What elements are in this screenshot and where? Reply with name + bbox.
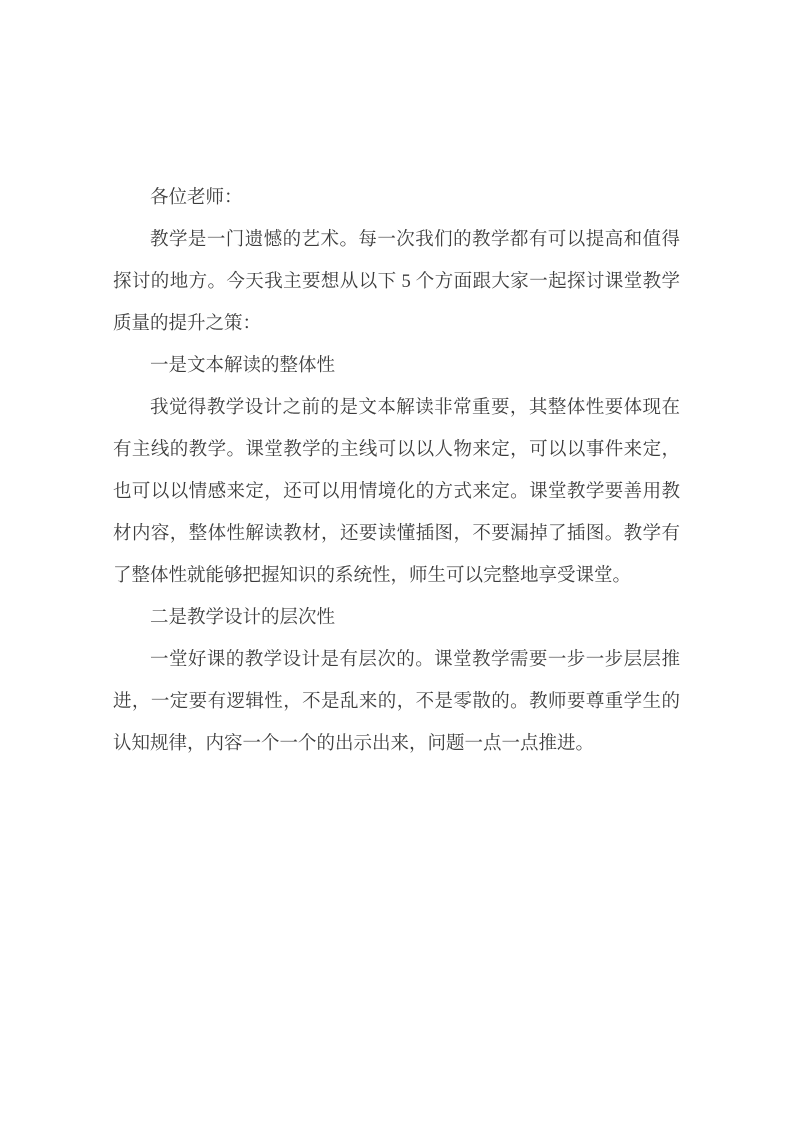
salutation-line: 各位老师：: [113, 177, 680, 219]
text-line: 一堂好课的教学设计是有层次的。课堂教学需要一步一步层层推: [113, 639, 680, 681]
section-heading-2: 二是教学设计的层次性: [113, 597, 680, 639]
paragraph-intro: 教学是一门遗憾的艺术。每一次我们的教学都有可以提高和值得 探讨的地方。今天我主要…: [113, 219, 680, 345]
text-line: 认知规律，内容一个一个的出示出来，问题一点一点推进。: [113, 723, 680, 765]
text-line: 质量的提升之策：: [113, 303, 680, 345]
paragraph-section-1: 我觉得教学设计之前的是文本解读非常重要，其整体性要体现在 有主线的教学。课堂教学…: [113, 387, 680, 597]
text-line: 进，一定要有逻辑性，不是乱来的，不是零散的。教师要尊重学生的: [113, 681, 680, 723]
text-line: 了整体性就能够把握知识的系统性，师生可以完整地享受课堂。: [113, 555, 680, 597]
text-line: 探讨的地方。今天我主要想从以下 5 个方面跟大家一起探讨课堂教学: [113, 261, 680, 303]
document-body: 各位老师： 教学是一门遗憾的艺术。每一次我们的教学都有可以提高和值得 探讨的地方…: [113, 177, 680, 765]
text-line: 我觉得教学设计之前的是文本解读非常重要，其整体性要体现在: [113, 387, 680, 429]
text-line: 材内容，整体性解读教材，还要读懂插图，不要漏掉了插图。教学有: [113, 513, 680, 555]
document-page: 各位老师： 教学是一门遗憾的艺术。每一次我们的教学都有可以提高和值得 探讨的地方…: [0, 0, 793, 1122]
text-line: 也可以以情感来定，还可以用情境化的方式来定。课堂教学要善用教: [113, 471, 680, 513]
text-line: 教学是一门遗憾的艺术。每一次我们的教学都有可以提高和值得: [113, 219, 680, 261]
section-heading-1: 一是文本解读的整体性: [113, 345, 680, 387]
paragraph-section-2: 一堂好课的教学设计是有层次的。课堂教学需要一步一步层层推 进，一定要有逻辑性，不…: [113, 639, 680, 765]
text-line: 有主线的教学。课堂教学的主线可以以人物来定，可以以事件来定，: [113, 429, 680, 471]
